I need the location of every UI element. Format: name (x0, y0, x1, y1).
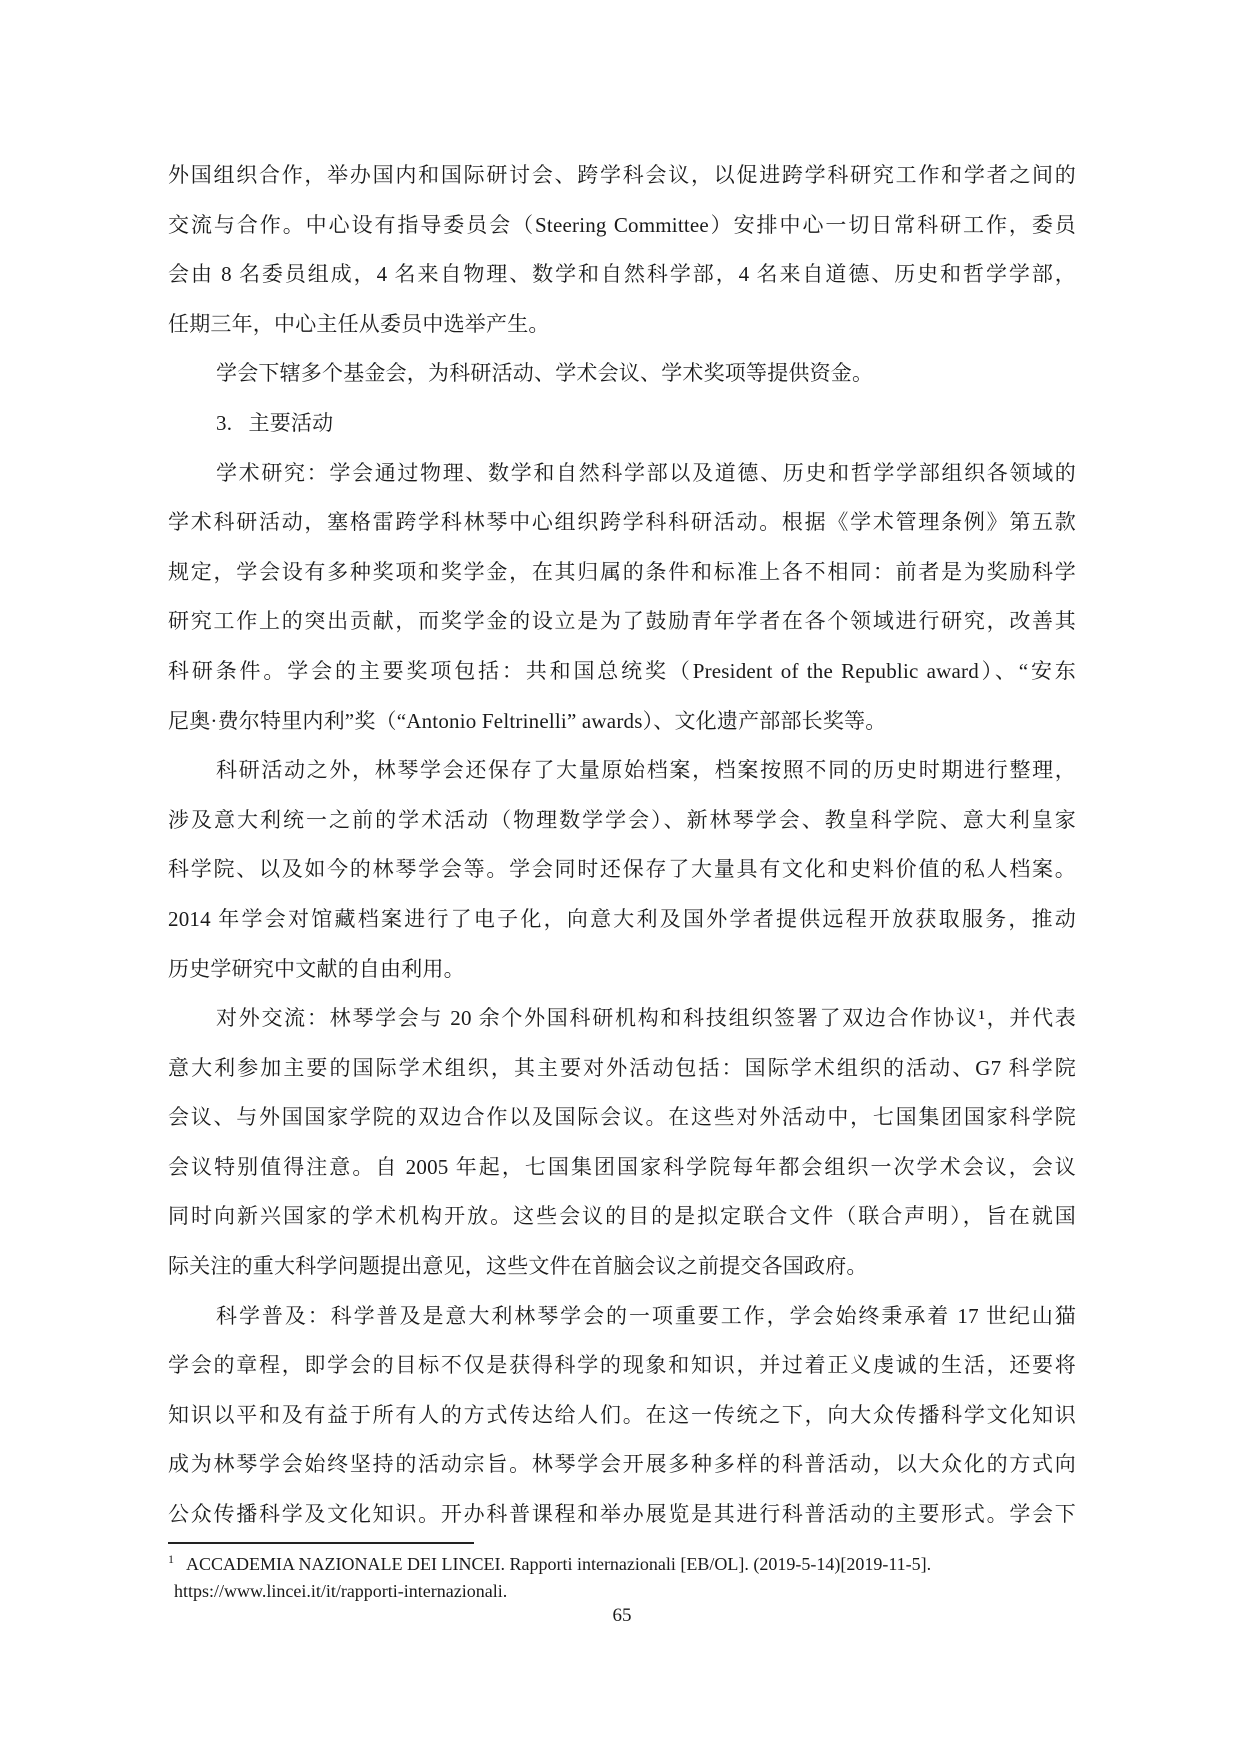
body-line: 学术科研活动，塞格雷跨学科林琴中心组织跨学科科研活动。根据《学术管理条例》第五款 (168, 498, 1076, 548)
footnote-url: https://www.lincei.it/it/rapporti-intern… (174, 1578, 1076, 1605)
body-line: 任期三年，中心主任从委员中选举产生。 (168, 300, 1076, 350)
body-line: 学术研究：学会通过物理、数学和自然科学部以及道德、历史和哲学学部组织各领域的 (168, 449, 1076, 499)
body-line: 尼奥·费尔特里内利”奖（“Antonio Feltrinelli” awards… (168, 697, 1076, 747)
footnote-separator (168, 1542, 474, 1544)
body-line: 科研活动之外，林琴学会还保存了大量原始档案，档案按照不同的历史时期进行整理， (168, 746, 1076, 796)
body-line: 公众传播科学及文化知识。开办科普课程和举办展览是其进行科普活动的主要形式。学会下 (168, 1490, 1076, 1540)
body-line: 意大利参加主要的国际学术组织，其主要对外活动包括：国际学术组织的活动、G7 科学… (168, 1044, 1076, 1094)
body-line: 2014 年学会对馆藏档案进行了电子化，向意大利及国外学者提供远程开放获取服务，… (168, 895, 1076, 945)
body-line: 规定，学会设有多种奖项和奖学金，在其归属的条件和标准上各不相同：前者是为奖励科学 (168, 548, 1076, 598)
body-line: 研究工作上的突出贡献，而奖学金的设立是为了鼓励青年学者在各个领域进行研究，改善其 (168, 597, 1076, 647)
body-line: 科学院、以及如今的林琴学会等。学会同时还保存了大量具有文化和史料价值的私人档案。 (168, 845, 1076, 895)
body-line: 涉及意大利统一之前的学术活动（物理数学学会）、新林琴学会、教皇科学院、意大利皇家 (168, 796, 1076, 846)
body-line: 学会的章程，即学会的目标不仅是获得科学的现象和知识，并过着正义虔诚的生活，还要将 (168, 1341, 1076, 1391)
body-line: 会议、与外国国家学院的双边合作以及国际会议。在这些对外活动中，七国集团国家科学院 (168, 1093, 1076, 1143)
body-line: 历史学研究中文献的自由利用。 (168, 945, 1076, 995)
document-page: 外国组织合作，举办国内和国际研讨会、跨学科会议，以促进跨学科研究工作和学者之间的… (0, 0, 1240, 1753)
body-line: 成为林琴学会始终坚持的活动宗旨。林琴学会开展多种多样的科普活动，以大众化的方式向 (168, 1440, 1076, 1490)
body-line: 科学普及：科学普及是意大利林琴学会的一项重要工作，学会始终秉承着 17 世纪山猫 (168, 1292, 1076, 1342)
body-line: 学会下辖多个基金会，为科研活动、学术会议、学术奖项等提供资金。 (168, 349, 1076, 399)
footnote-citation: ACCADEMIA NAZIONALE DEI LINCEI. Rapporti… (186, 1554, 931, 1574)
section-heading: 3. 主要活动 (168, 399, 1076, 449)
footnote-marker: 1 (168, 1552, 174, 1566)
body-line: 同时向新兴国家的学术机构开放。这些会议的目的是拟定联合文件（联合声明），旨在就国 (168, 1192, 1076, 1242)
body-line: 交流与合作。中心设有指导委员会（Steering Committee）安排中心一… (168, 201, 1076, 251)
body-line: 对外交流：林琴学会与 20 余个外国科研机构和科技组织签署了双边合作协议¹，并代… (168, 994, 1076, 1044)
body-line: 科研条件。学会的主要奖项包括：共和国总统奖（President of the R… (168, 647, 1076, 697)
body-line: 外国组织合作，举办国内和国际研讨会、跨学科会议，以促进跨学科研究工作和学者之间的 (168, 151, 1076, 201)
page-number: 65 (168, 1603, 1076, 1629)
footnote: 1ACCADEMIA NAZIONALE DEI LINCEI. Rapport… (168, 1551, 1076, 1605)
body-line: 际关注的重大科学问题提出意见，这些文件在首脑会议之前提交各国政府。 (168, 1242, 1076, 1292)
footnote-line: 1ACCADEMIA NAZIONALE DEI LINCEI. Rapport… (168, 1551, 1076, 1578)
body-line: 会由 8 名委员组成，4 名来自物理、数学和自然科学部，4 名来自道德、历史和哲… (168, 250, 1076, 300)
body-line: 知识以平和及有益于所有人的方式传达给人们。在这一传统之下，向大众传播科学文化知识 (168, 1391, 1076, 1441)
body-line: 会议特别值得注意。自 2005 年起，七国集团国家科学院每年都会组织一次学术会议… (168, 1143, 1076, 1193)
body-text: 外国组织合作，举办国内和国际研讨会、跨学科会议，以促进跨学科研究工作和学者之间的… (168, 151, 1076, 1540)
